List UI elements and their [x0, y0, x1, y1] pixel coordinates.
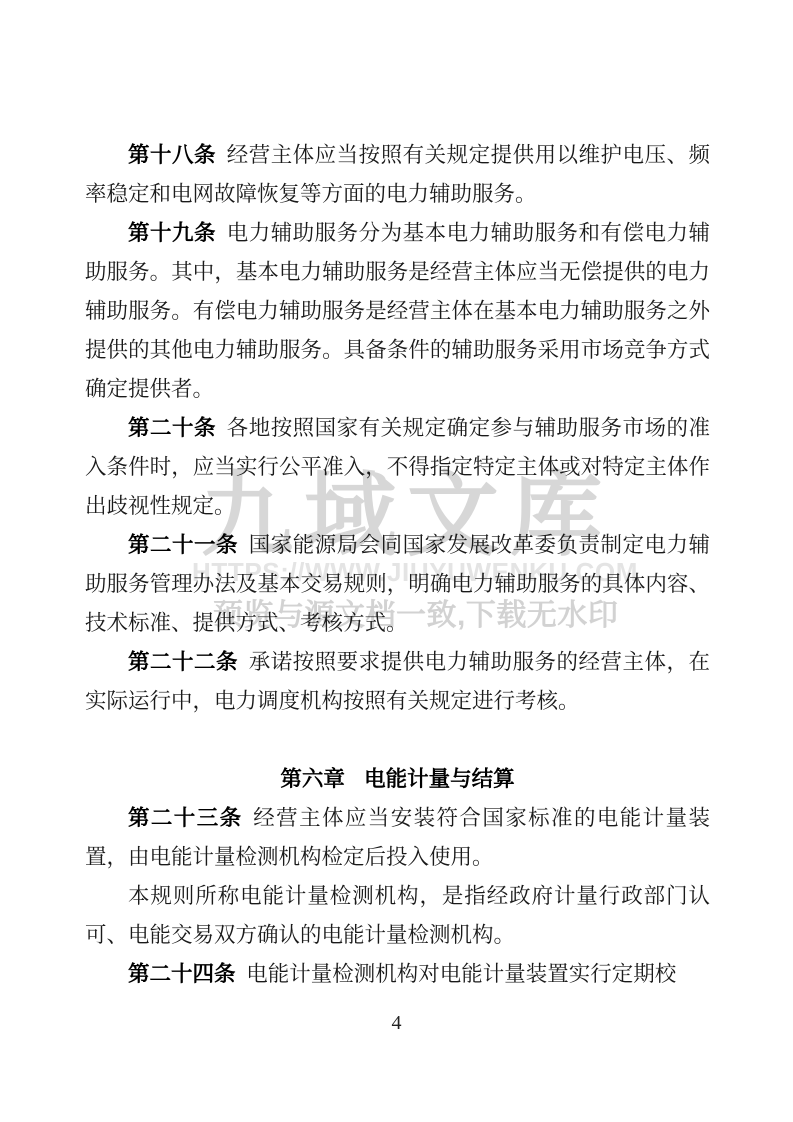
- paragraph-article-19: 第十九条电力辅助服务分为基本电力辅助服务和有偿电力辅助服务。其中，基本电力辅助服…: [85, 214, 710, 409]
- paragraph-article-24: 第二十四条电能计量检测机构对电能计量装置实行定期校: [85, 955, 710, 994]
- document-page: 九域文库 HTTPS://WWW.JIUYUWENKU.COM 预览与源文档一致…: [0, 0, 793, 1122]
- article-24-number: 第二十四条: [128, 962, 236, 986]
- chapter-heading: 第六章电能计量与结算: [85, 760, 710, 799]
- article-24-text: 电能计量检测机构对电能计量装置实行定期校: [246, 962, 676, 986]
- article-18-number: 第十八条: [128, 143, 216, 167]
- article-23-number: 第二十三条: [128, 806, 243, 830]
- paragraph-article-23: 第二十三条经营主体应当安装符合国家标准的电能计量装置，由电能计量检测机构检定后投…: [85, 799, 710, 877]
- article-21-number: 第二十一条: [128, 533, 238, 557]
- document-body: 第十八条经营主体应当按照有关规定提供用以维护电压、频率稳定和电网故障恢复等方面的…: [85, 136, 710, 994]
- paragraph-article-21: 第二十一条国家能源局会同国家发展改革委负责制定电力辅助服务管理办法及基本交易规则…: [85, 526, 710, 643]
- article-20-number: 第二十条: [128, 416, 216, 440]
- article-19-number: 第十九条: [128, 221, 216, 245]
- article-19-text: 电力辅助服务分为基本电力辅助服务和有偿电力辅助服务。其中，基本电力辅助服务是经营…: [85, 221, 710, 401]
- chapter-title: 电能计量与结算: [364, 767, 515, 791]
- page-number: 4: [0, 1012, 793, 1035]
- chapter-number: 第六章: [280, 767, 345, 791]
- paragraph-definition-text: 本规则所称电能计量检测机构，是指经政府计量行政部门认可、电能交易双方确认的电能计…: [85, 884, 710, 947]
- paragraph-definition: 本规则所称电能计量检测机构，是指经政府计量行政部门认可、电能交易双方确认的电能计…: [85, 877, 710, 955]
- article-22-number: 第二十二条: [128, 650, 238, 674]
- paragraph-article-20: 第二十条各地按照国家有关规定确定参与辅助服务市场的准入条件时，应当实行公平准入，…: [85, 409, 710, 526]
- paragraph-article-18: 第十八条经营主体应当按照有关规定提供用以维护电压、频率稳定和电网故障恢复等方面的…: [85, 136, 710, 214]
- paragraph-article-22: 第二十二条承诺按照要求提供电力辅助服务的经营主体，在实际运行中，电力调度机构按照…: [85, 643, 710, 721]
